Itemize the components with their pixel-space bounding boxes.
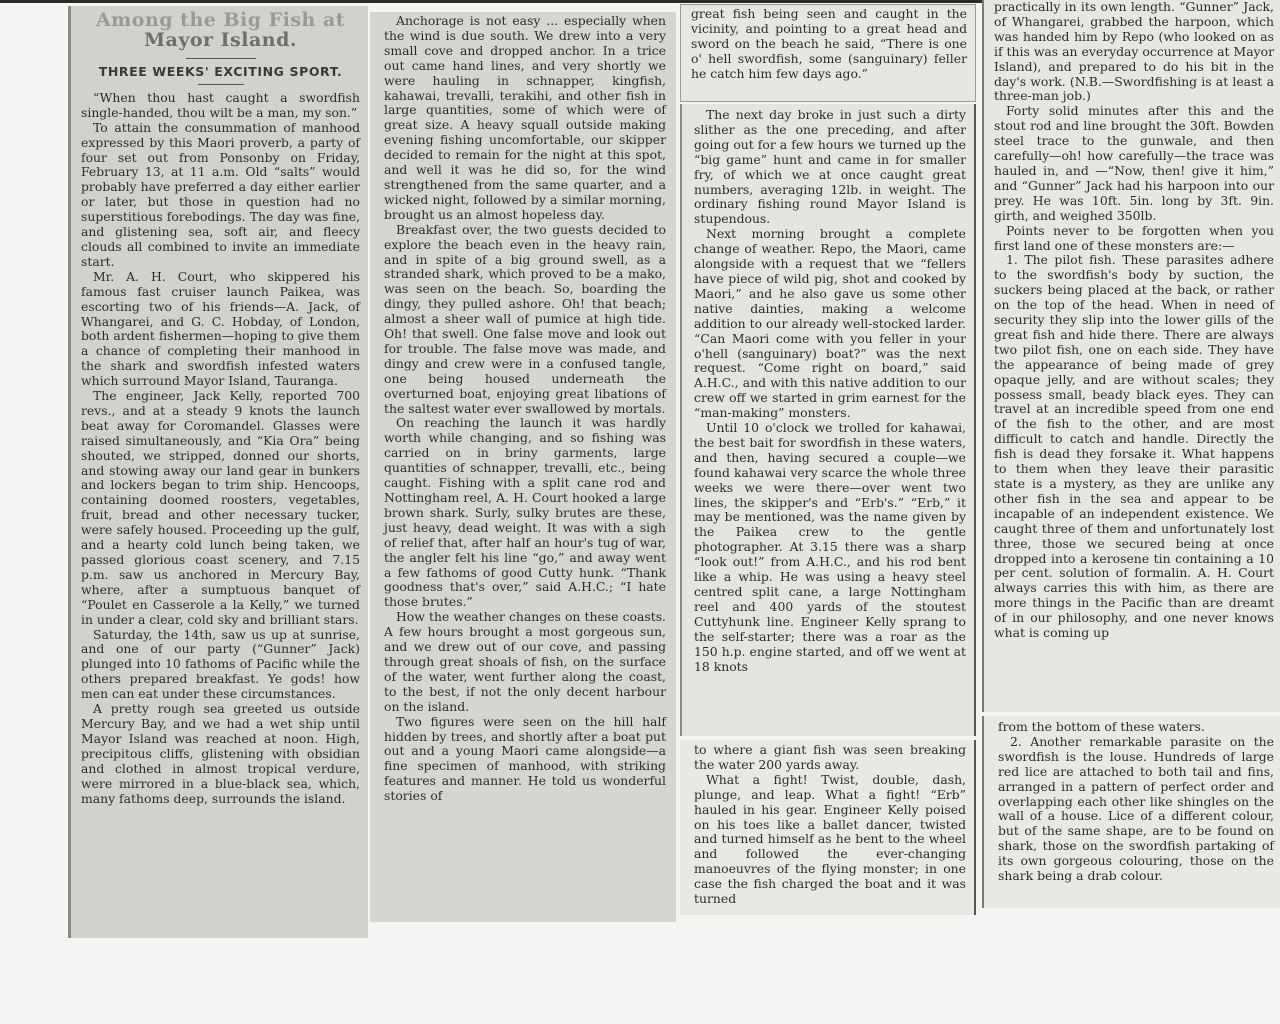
paragraph: Mr. A. H. Court, who skippered his famou…	[81, 270, 360, 389]
paragraph: A pretty rough sea greeted us outside Me…	[81, 702, 360, 806]
paragraph: To attain the consummation of manhood ex…	[81, 121, 360, 270]
column-4-bottom-body: from the bottom of these waters.2. Anoth…	[998, 720, 1274, 884]
divider	[198, 84, 244, 85]
column-3-bottom-body: to where a giant fish was seen breaking …	[694, 743, 966, 907]
paragraph: 2. Another remarkable parasite on the sw…	[998, 735, 1274, 884]
paragraph: Points never to be forgotten when you fi…	[994, 224, 1274, 254]
paragraph: Next morning brought a complete change o…	[694, 227, 966, 421]
subheadline: THREE WEEKS' EXCITING SPORT.	[81, 65, 360, 80]
paragraph: How the weather changes on these coasts.…	[384, 610, 666, 714]
paragraph: What a fight! Twist, double, dash, plung…	[694, 773, 966, 907]
paragraph: Forty solid minutes after this and the s…	[994, 104, 1274, 223]
column-1-body: “When thou hast caught a swordfish singl…	[81, 91, 360, 807]
paragraph: to where a giant fish was seen breaking …	[694, 743, 966, 773]
paragraph: The next day broke in just such a dirty …	[694, 108, 966, 227]
paragraph: great fish being seen and caught in the …	[691, 7, 967, 82]
clipping-column-3-top: great fish being seen and caught in the …	[680, 4, 976, 102]
paragraph: Two figures were seen on the hill half h…	[384, 715, 666, 804]
headline-line-1: Among the Big Fish at	[81, 10, 360, 30]
column-4-top-body: practically in its own length. “Gunner” …	[994, 0, 1274, 641]
clipping-column-1: Among the Big Fish at Mayor Island. THRE…	[68, 6, 368, 938]
paragraph: On reaching the launch it was hardly wor…	[384, 416, 666, 610]
column-2-body: Anchorage is not easy ... especially whe…	[384, 14, 666, 804]
paragraph: Breakfast over, the two guests decided t…	[384, 223, 666, 417]
paragraph: from the bottom of these waters.	[998, 720, 1274, 735]
paragraph: Saturday, the 14th, saw us up at sunrise…	[81, 628, 360, 703]
scanned-newspaper-page: Among the Big Fish at Mayor Island. THRE…	[0, 0, 1280, 1024]
paragraph: practically in its own length. “Gunner” …	[994, 0, 1274, 104]
clipping-column-4-top: practically in its own length. “Gunner” …	[982, 0, 1280, 712]
headline-line-2: Mayor Island.	[81, 30, 360, 50]
column-3-top-body: great fish being seen and caught in the …	[691, 7, 967, 82]
paragraph: “When thou hast caught a swordfish singl…	[81, 91, 360, 121]
paragraph: The engineer, Jack Kelly, reported 700 r…	[81, 389, 360, 628]
paragraph: Anchorage is not easy ... especially whe…	[384, 14, 666, 223]
divider	[186, 58, 256, 59]
clipping-column-2: Anchorage is not easy ... especially whe…	[370, 12, 676, 922]
paragraph: Until 10 o'clock we trolled for kahawai,…	[694, 421, 966, 674]
clipping-column-4-bottom: from the bottom of these waters.2. Anoth…	[982, 716, 1280, 908]
clipping-column-3-bottom: to where a giant fish was seen breaking …	[680, 740, 976, 915]
column-3-middle-body: The next day broke in just such a dirty …	[694, 108, 966, 674]
paragraph: 1. The pilot fish. These parasites adher…	[994, 253, 1274, 641]
clipping-column-3-middle: The next day broke in just such a dirty …	[680, 104, 976, 736]
